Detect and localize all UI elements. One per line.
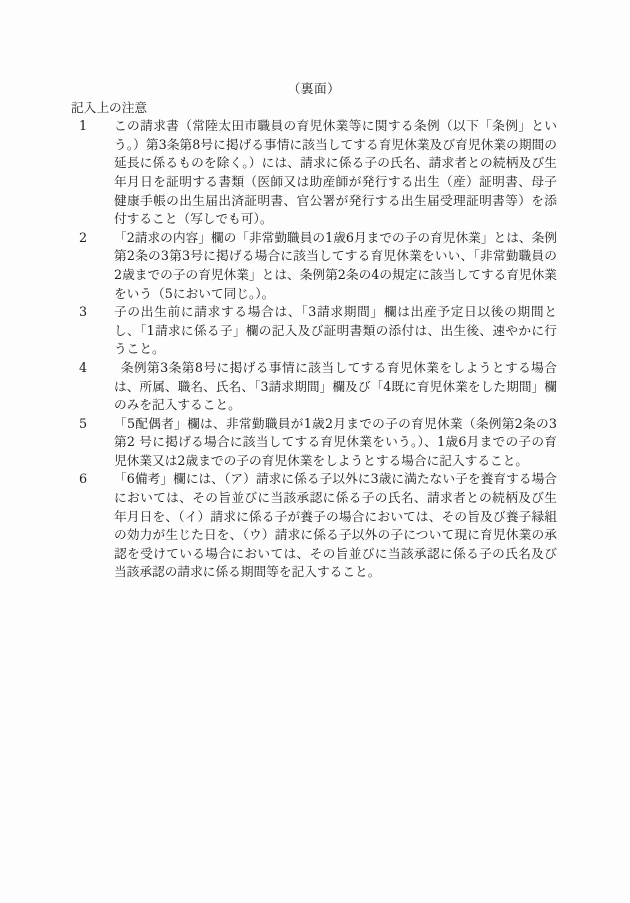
notes-heading: 記入上の注意 bbox=[71, 99, 557, 118]
note-item-3: 3 子の出生前に請求する場合は、「3請求期間」欄は出産予定日以後の期間とし、「1… bbox=[71, 303, 557, 359]
note-item-1: 1 この請求書（常陸太田市職員の育児休業等に関する条例（以下「条例」という。）第… bbox=[71, 117, 557, 229]
note-text: 「6備考」欄には、（ア）請求に係る子以外に3歳に満たない子を養育する場合において… bbox=[114, 470, 557, 582]
note-number: 5 bbox=[71, 415, 114, 434]
note-item-5: 5 「5配偶者」欄は、非常勤職員が1歳2月までの子の育児休業（条例第2条の3第2… bbox=[71, 415, 557, 471]
note-text: この請求書（常陸太田市職員の育児休業等に関する条例（以下「条例」という。）第3条… bbox=[114, 117, 557, 229]
note-item-6: 6 「6備考」欄には、（ア）請求に係る子以外に3歳に満たない子を養育する場合にお… bbox=[71, 470, 557, 582]
notes-list: 1 この請求書（常陸太田市職員の育児休業等に関する条例（以下「条例」という。）第… bbox=[71, 117, 557, 582]
note-text: 「2請求の内容」欄の「非常勤職員の1歳6月までの子の育児休業」とは、条例第2条の… bbox=[114, 229, 557, 303]
note-number: 3 bbox=[71, 303, 114, 322]
note-item-2: 2 「2請求の内容」欄の「非常勤職員の1歳6月までの子の育児休業」とは、条例第2… bbox=[71, 229, 557, 303]
note-number: 1 bbox=[71, 117, 114, 136]
note-text: 「5配偶者」欄は、非常勤職員が1歳2月までの子の育児休業（条例第2条の3第2 号… bbox=[114, 415, 557, 471]
document-page: （裏面） 記入上の注意 1 この請求書（常陸太田市職員の育児休業等に関する条例（… bbox=[0, 0, 630, 903]
note-text: 条例第3条第8号に掲げる事情に該当してする育児休業をしようとする場合は、所属、職… bbox=[114, 359, 557, 415]
note-text: 子の出生前に請求する場合は、「3請求期間」欄は出産予定日以後の期間とし、「1請求… bbox=[114, 303, 557, 359]
note-number: 6 bbox=[71, 470, 114, 489]
page-side-label: （裏面） bbox=[71, 80, 557, 99]
note-number: 2 bbox=[71, 229, 114, 248]
note-item-4: 4 条例第3条第8号に掲げる事情に該当してする育児休業をしようとする場合は、所属… bbox=[71, 359, 557, 415]
note-number: 4 bbox=[71, 359, 114, 378]
